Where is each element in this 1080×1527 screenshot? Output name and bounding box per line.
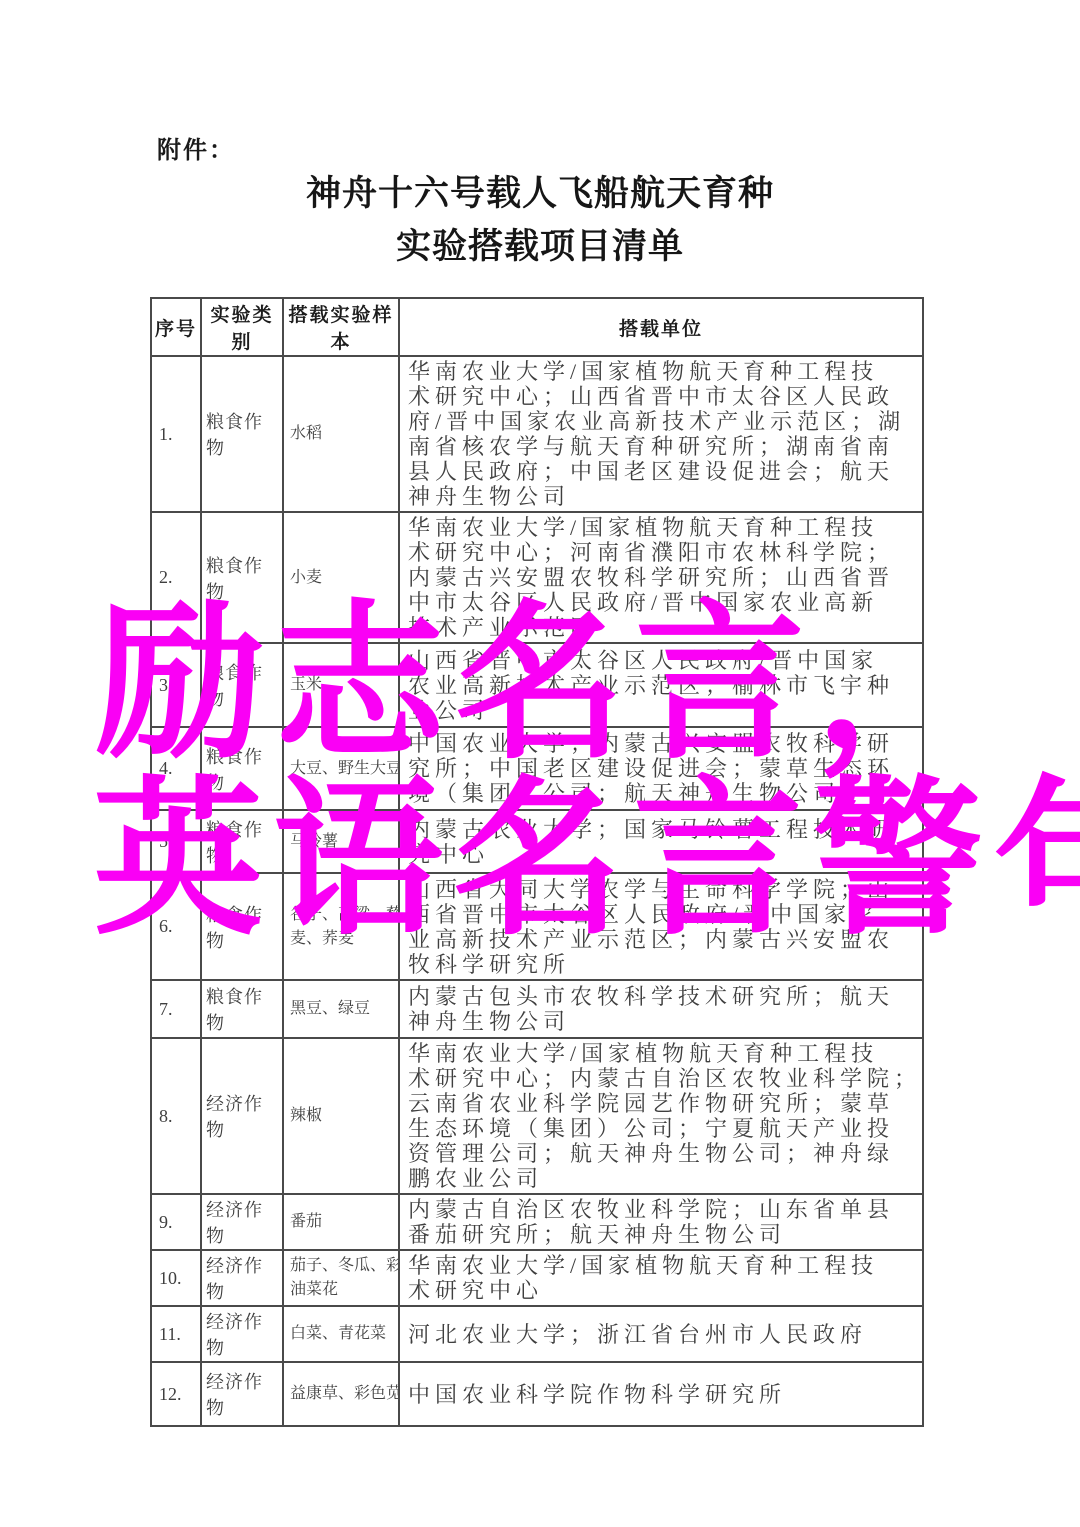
row-unit: 华南农业大学/国家植物航天育种工程技 术研究中心；内蒙古自治区农牧业科学院； 云… [399, 1038, 923, 1194]
header-category: 实验类别 [201, 298, 283, 356]
table-row: 7.粮食作物黑豆、绿豆内蒙古包头市农牧科学技术研究所；航天 神舟生物公司 [151, 980, 923, 1038]
row-number: 11. [151, 1306, 201, 1362]
row-unit: 内蒙古包头市农牧科学技术研究所；航天 神舟生物公司 [399, 980, 923, 1038]
row-sample: 黑豆、绿豆 [283, 980, 399, 1038]
header-unit: 搭载单位 [399, 298, 923, 356]
row-sample: 番茄 [283, 1194, 399, 1250]
document-page: 附件： 神舟十六号载人飞船航天育种 实验搭载项目清单 序号 实验类别 搭载实验样… [0, 0, 1080, 1527]
row-number: 1. [151, 356, 201, 512]
table-row: 1.粮食作物水稻华南农业大学/国家植物航天育种工程技 术研究中心；山西省晋中市太… [151, 356, 923, 512]
row-number: 7. [151, 980, 201, 1038]
table-row: 12.经济作物益康草、彩色苋中国农业科学院作物科学研究所 [151, 1362, 923, 1426]
table-row: 8.经济作物辣椒华南农业大学/国家植物航天育种工程技 术研究中心；内蒙古自治区农… [151, 1038, 923, 1194]
overlay-text-line1: 励志名言， [95, 596, 995, 772]
table-row: 9.经济作物番茄内蒙古自治区农牧业科学院；山东省单县 番茄研究所；航天神舟生物公… [151, 1194, 923, 1250]
row-sample: 水稻 [283, 356, 399, 512]
row-category: 经济作物 [201, 1194, 283, 1250]
row-category: 经济作物 [201, 1362, 283, 1426]
document-title-line1: 神舟十六号载人飞船航天育种 [0, 166, 1080, 216]
header-sample: 搭载实验样本 [283, 298, 399, 356]
overlay-text-line2: 英语名言警句 [93, 772, 1080, 948]
attachment-label: 附件： [157, 130, 235, 165]
row-number: 8. [151, 1038, 201, 1194]
row-unit: 河北农业大学；浙江省台州市人民政府 [399, 1306, 923, 1362]
row-category: 经济作物 [201, 1306, 283, 1362]
row-number: 12. [151, 1362, 201, 1426]
row-sample: 白菜、青花菜 [283, 1306, 399, 1362]
row-category: 经济作物 [201, 1038, 283, 1194]
row-unit: 华南农业大学/国家植物航天育种工程技 术研究中心 [399, 1250, 923, 1306]
document-title-line2: 实验搭载项目清单 [0, 219, 1080, 269]
row-unit: 华南农业大学/国家植物航天育种工程技 术研究中心；山西省晋中市太谷区人民政 府/… [399, 356, 923, 512]
row-number: 9. [151, 1194, 201, 1250]
table-row: 10.经济作物茄子、冬瓜、彩色 油菜花华南农业大学/国家植物航天育种工程技 术研… [151, 1250, 923, 1306]
table-header-row: 序号 实验类别 搭载实验样本 搭载单位 [151, 298, 923, 356]
row-unit: 内蒙古自治区农牧业科学院；山东省单县 番茄研究所；航天神舟生物公司 [399, 1194, 923, 1250]
row-category: 经济作物 [201, 1250, 283, 1306]
header-no: 序号 [151, 298, 201, 356]
row-category: 粮食作物 [201, 356, 283, 512]
table-row: 11.经济作物白菜、青花菜河北农业大学；浙江省台州市人民政府 [151, 1306, 923, 1362]
row-category: 粮食作物 [201, 980, 283, 1038]
row-sample: 茄子、冬瓜、彩色 油菜花 [283, 1250, 399, 1306]
row-number: 10. [151, 1250, 201, 1306]
row-unit: 中国农业科学院作物科学研究所 [399, 1362, 923, 1426]
row-sample: 辣椒 [283, 1038, 399, 1194]
row-sample: 益康草、彩色苋 [283, 1362, 399, 1426]
